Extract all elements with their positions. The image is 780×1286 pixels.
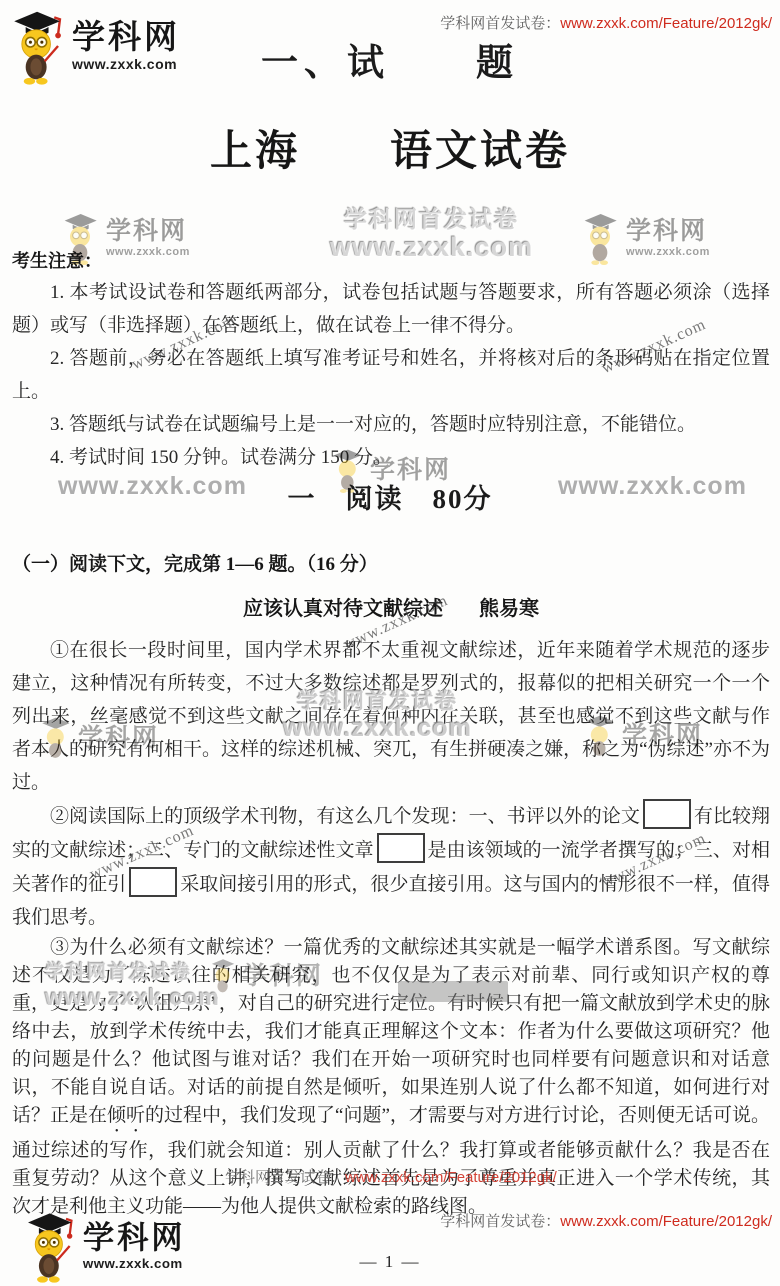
document-section-title: 一、试 题 <box>0 32 780 86</box>
watermark-brand-name: 学科网 <box>106 218 190 244</box>
scanned-exam-page: 学科网 www.zxxk.com 学科网首发试卷：www.zxxk.com/Fe… <box>0 0 780 1286</box>
watermark-site-text: www.zxxk.com <box>283 714 472 743</box>
watermark-emboss-paragraph3: 学科网首发试卷 www.zxxk.com <box>45 962 220 1010</box>
emphasized-word: 倾听 <box>107 1105 145 1126</box>
watermark-gray-band <box>398 981 508 1002</box>
watermark-brand-name: 学科网 <box>626 218 710 244</box>
notice-item-1: 1. 本考试设试卷和答题纸两部分，试卷包括试题与答题要求，所有答题必须涂（选择题… <box>12 276 770 342</box>
zxxk-mascot-icon <box>584 712 618 760</box>
answer-blank-box-3 <box>129 867 177 897</box>
promo-watermark-inline: 学科网首发试卷：www.zxxk.com/Feature/2012gk/ <box>225 1166 557 1187</box>
notice-heading: 考生注意： <box>12 246 770 276</box>
article-author: 熊易寒 <box>479 598 539 620</box>
watermark-site-right: www.zxxk.com <box>558 472 747 501</box>
promo-url: www.zxxk.com/Feature/2012gk/ <box>345 1169 557 1186</box>
watermark-logo-left: 学科网 <box>40 714 159 762</box>
reading-passage: （一）阅读下文，完成第 1—6 题。（16 分） 应该认真对待文献综述熊易寒 ①… <box>12 552 770 1221</box>
watermark-emboss-paragraph1: 学科网首发试卷 www.zxxk.com <box>283 690 472 743</box>
candidate-notice: 考生注意： 1. 本考试设试卷和答题纸两部分，试卷包括试题与答题要求，所有答题必… <box>12 246 770 474</box>
watermark-logo-right: 学科网 <box>584 712 703 760</box>
promo-url: www.zxxk.com/Feature/2012gk/ <box>560 15 772 32</box>
watermark-site-text: www.zxxk.com <box>45 984 220 1010</box>
promo-header: 学科网首发试卷：www.zxxk.com/Feature/2012gk/ <box>440 12 772 33</box>
promo-label: 学科网首发试卷： <box>440 15 560 32</box>
paragraph-2-text: ②阅读国际上的顶级学术刊物，有这么几个发现：一、书评以外的论文 <box>50 806 640 827</box>
watermark-promo-text: 学科网首发试卷 <box>283 690 472 714</box>
promo-footer: 学科网首发试卷：www.zxxk.com/Feature/2012gk/ <box>440 1210 772 1231</box>
zxxk-mascot-icon <box>24 1208 79 1284</box>
watermark-brand-name: 学科网 <box>242 963 323 989</box>
subsection-heading: （一）阅读下文，完成第 1—6 题。（16 分） <box>12 552 770 578</box>
notice-item-3: 3. 答题纸与试卷在试题编号上是一一对应的，答题时应特别注意，不能错位。 <box>12 408 770 441</box>
watermark-promo-text: 学科网首发试卷 <box>330 206 533 232</box>
answer-blank-box-2 <box>377 833 425 863</box>
zxxk-mascot-icon <box>40 714 74 762</box>
answer-blank-box-1 <box>643 799 691 829</box>
paper-title: 上海 语文试卷 <box>0 118 780 178</box>
page-number: — 1 — <box>0 1252 780 1272</box>
watermark-promo-text: 学科网首发试卷 <box>45 962 220 984</box>
promo-url: www.zxxk.com/Feature/2012gk/ <box>560 1213 772 1230</box>
watermark-brand-name: 学科网 <box>78 725 159 751</box>
brand-logo-footer: 学科网 www.zxxk.com <box>24 1208 186 1284</box>
watermark-logo-small: 学科网 <box>210 956 323 996</box>
brand-name: 学科网 <box>83 1221 186 1253</box>
watermark-brand-name: 学科网 <box>622 723 703 749</box>
promo-label: 学科网首发试卷： <box>225 1169 345 1186</box>
promo-label: 学科网首发试卷： <box>440 1213 560 1230</box>
zxxk-mascot-icon <box>210 956 238 996</box>
